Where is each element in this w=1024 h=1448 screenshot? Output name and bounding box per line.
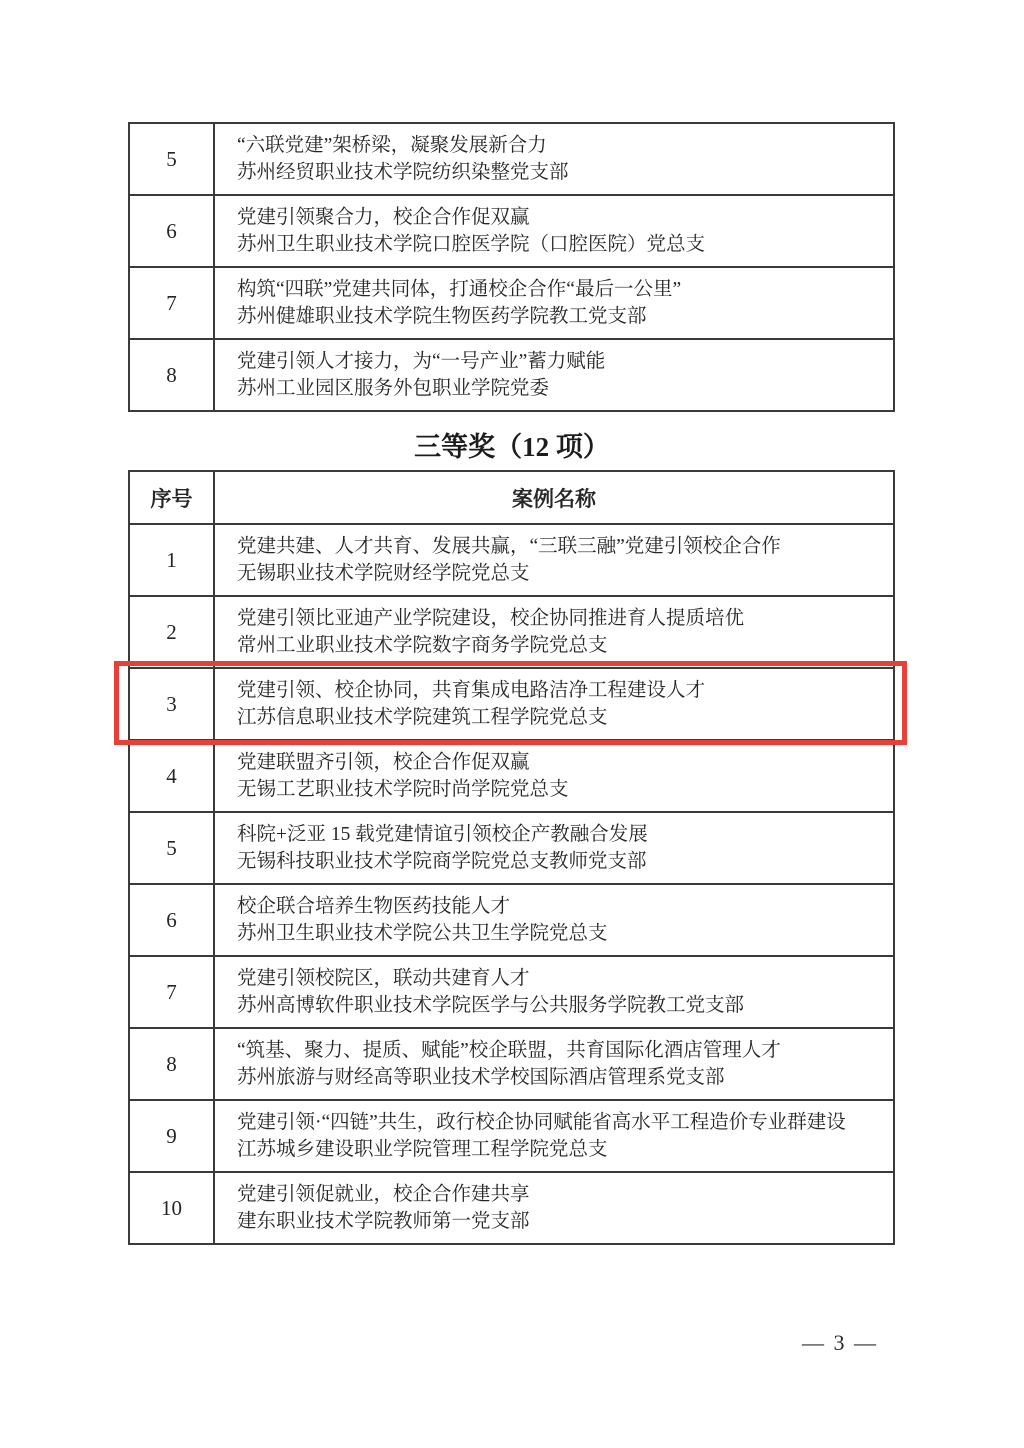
row-content: 构筑“四联”党建共同体，打通校企合作“最后一公里” 苏州健雄职业技术学院生物医药… <box>215 268 893 338</box>
row-content: 党建引领人才接力，为“一号产业”蓄力赋能 苏州工业园区服务外包职业学院党委 <box>215 340 893 410</box>
row-number: 7 <box>130 957 215 1027</box>
case-organization: 建东职业技术学院教师第一党支部 <box>237 1208 881 1235</box>
column-header-case-name: 案例名称 <box>215 472 893 523</box>
top-table-body: 5 “六联党建”架桥梁，凝聚发展新合力 苏州经贸职业技术学院纺织染整党支部 6 … <box>130 124 893 410</box>
row-number: 6 <box>130 196 215 266</box>
case-title: 党建引领聚合力，校企合作促双赢 <box>237 204 881 231</box>
row-content: 科院+泛亚 15 载党建情谊引领校企产教融合发展 无锡科技职业技术学院商学院党总… <box>215 813 893 883</box>
row-number: 3 <box>130 669 215 739</box>
case-title: 党建联盟齐引领，校企合作促双赢 <box>237 749 881 776</box>
row-content: 党建共建、人才共育、发展共赢，“三联三融”党建引领校企合作 无锡职业技术学院财经… <box>215 525 893 595</box>
case-organization: 苏州卫生职业技术学院公共卫生学院党总支 <box>237 920 881 947</box>
row-content: 校企联合培养生物医药技能人才 苏州卫生职业技术学院公共卫生学院党总支 <box>215 885 893 955</box>
row-content: 党建引领校院区，联动共建育人才 苏州高博软件职业技术学院医学与公共服务学院教工党… <box>215 957 893 1027</box>
column-header-number: 序号 <box>130 472 215 523</box>
case-title: 党建引领、校企协同，共育集成电路洁净工程建设人才 <box>237 677 881 704</box>
page-number: — 3 — <box>780 1330 900 1356</box>
case-organization: 苏州工业园区服务外包职业学院党委 <box>237 375 881 402</box>
row-number: 10 <box>130 1173 215 1243</box>
case-title: 党建引领人才接力，为“一号产业”蓄力赋能 <box>237 348 881 375</box>
award-table-header: 序号 案例名称 <box>130 472 893 525</box>
case-organization: 无锡职业技术学院财经学院党总支 <box>237 560 881 587</box>
case-organization: 苏州健雄职业技术学院生物医药学院教工党支部 <box>237 303 881 330</box>
row-number: 7 <box>130 268 215 338</box>
award-table: 序号 案例名称 1 党建共建、人才共育、发展共赢，“三联三融”党建引领校企合作 … <box>128 470 895 1245</box>
row-number: 8 <box>130 340 215 410</box>
case-organization: 无锡工艺职业技术学院时尚学院党总支 <box>237 776 881 803</box>
case-organization: 苏州高博软件职业技术学院医学与公共服务学院教工党支部 <box>237 992 881 1019</box>
table-row: 3 党建引领、校企协同，共育集成电路洁净工程建设人才 江苏信息职业技术学院建筑工… <box>130 667 893 739</box>
row-content: 党建联盟齐引领，校企合作促双赢 无锡工艺职业技术学院时尚学院党总支 <box>215 741 893 811</box>
row-number: 6 <box>130 885 215 955</box>
row-number: 4 <box>130 741 215 811</box>
case-organization: 无锡科技职业技术学院商学院党总支教师党支部 <box>237 848 881 875</box>
case-title: 党建引领比亚迪产业学院建设，校企协同推进育人提质培优 <box>237 605 881 632</box>
row-content: 党建引领·“四链”共生，政行校企协同赋能省高水平工程造价专业群建设 江苏城乡建设… <box>215 1101 893 1171</box>
row-content: 党建引领促就业，校企合作建共享 建东职业技术学院教师第一党支部 <box>215 1173 893 1243</box>
table-row: 7 党建引领校院区，联动共建育人才 苏州高博软件职业技术学院医学与公共服务学院教… <box>130 955 893 1027</box>
row-number: 1 <box>130 525 215 595</box>
case-organization: 江苏信息职业技术学院建筑工程学院党总支 <box>237 704 881 731</box>
row-content: “筑基、聚力、提质、赋能”校企联盟，共育国际化酒店管理人才 苏州旅游与财经高等职… <box>215 1029 893 1099</box>
table-row: 5 科院+泛亚 15 载党建情谊引领校企产教融合发展 无锡科技职业技术学院商学院… <box>130 811 893 883</box>
case-organization: 苏州旅游与财经高等职业技术学校国际酒店管理系党支部 <box>237 1064 881 1091</box>
case-title: 科院+泛亚 15 载党建情谊引领校企产教融合发展 <box>237 821 881 848</box>
row-content: 党建引领比亚迪产业学院建设，校企协同推进育人提质培优 常州工业职业技术学院数字商… <box>215 597 893 667</box>
case-title: “筑基、聚力、提质、赋能”校企联盟，共育国际化酒店管理人才 <box>237 1037 881 1064</box>
top-table: 5 “六联党建”架桥梁，凝聚发展新合力 苏州经贸职业技术学院纺织染整党支部 6 … <box>128 122 895 412</box>
table-row: 10 党建引领促就业，校企合作建共享 建东职业技术学院教师第一党支部 <box>130 1171 893 1243</box>
case-title: 党建引领校院区，联动共建育人才 <box>237 965 881 992</box>
case-title: 构筑“四联”党建共同体，打通校企合作“最后一公里” <box>237 276 881 303</box>
case-title: 党建共建、人才共育、发展共赢，“三联三融”党建引领校企合作 <box>237 533 881 560</box>
case-organization: 常州工业职业技术学院数字商务学院党总支 <box>237 632 881 659</box>
row-number: 8 <box>130 1029 215 1099</box>
row-number: 5 <box>130 124 215 194</box>
award-table-body: 1 党建共建、人才共育、发展共赢，“三联三融”党建引领校企合作 无锡职业技术学院… <box>130 525 893 1243</box>
table-row: 8 党建引领人才接力，为“一号产业”蓄力赋能 苏州工业园区服务外包职业学院党委 <box>130 338 893 410</box>
table-row: 8 “筑基、聚力、提质、赋能”校企联盟，共育国际化酒店管理人才 苏州旅游与财经高… <box>130 1027 893 1099</box>
row-content: 党建引领聚合力，校企合作促双赢 苏州卫生职业技术学院口腔医学院（口腔医院）党总支 <box>215 196 893 266</box>
table-row: 6 党建引领聚合力，校企合作促双赢 苏州卫生职业技术学院口腔医学院（口腔医院）党… <box>130 194 893 266</box>
table-row: 1 党建共建、人才共育、发展共赢，“三联三融”党建引领校企合作 无锡职业技术学院… <box>130 525 893 595</box>
case-title: 校企联合培养生物医药技能人才 <box>237 893 881 920</box>
case-organization: 苏州卫生职业技术学院口腔医学院（口腔医院）党总支 <box>237 231 881 258</box>
document-page: 5 “六联党建”架桥梁，凝聚发展新合力 苏州经贸职业技术学院纺织染整党支部 6 … <box>0 0 1024 1448</box>
row-content: “六联党建”架桥梁，凝聚发展新合力 苏州经贸职业技术学院纺织染整党支部 <box>215 124 893 194</box>
table-row: 5 “六联党建”架桥梁，凝聚发展新合力 苏州经贸职业技术学院纺织染整党支部 <box>130 124 893 194</box>
table-row: 4 党建联盟齐引领，校企合作促双赢 无锡工艺职业技术学院时尚学院党总支 <box>130 739 893 811</box>
table-row: 6 校企联合培养生物医药技能人才 苏州卫生职业技术学院公共卫生学院党总支 <box>130 883 893 955</box>
case-organization: 苏州经贸职业技术学院纺织染整党支部 <box>237 159 881 186</box>
row-number: 2 <box>130 597 215 667</box>
case-title: 党建引领·“四链”共生，政行校企协同赋能省高水平工程造价专业群建设 <box>237 1109 881 1136</box>
section-heading: 三等奖（12 项） <box>0 430 1024 464</box>
case-title: “六联党建”架桥梁，凝聚发展新合力 <box>237 132 881 159</box>
row-content: 党建引领、校企协同，共育集成电路洁净工程建设人才 江苏信息职业技术学院建筑工程学… <box>215 669 893 739</box>
table-row: 7 构筑“四联”党建共同体，打通校企合作“最后一公里” 苏州健雄职业技术学院生物… <box>130 266 893 338</box>
table-row: 2 党建引领比亚迪产业学院建设，校企协同推进育人提质培优 常州工业职业技术学院数… <box>130 595 893 667</box>
row-number: 9 <box>130 1101 215 1171</box>
case-organization: 江苏城乡建设职业学院管理工程学院党总支 <box>237 1136 881 1163</box>
case-title: 党建引领促就业，校企合作建共享 <box>237 1181 881 1208</box>
row-number: 5 <box>130 813 215 883</box>
table-row: 9 党建引领·“四链”共生，政行校企协同赋能省高水平工程造价专业群建设 江苏城乡… <box>130 1099 893 1171</box>
